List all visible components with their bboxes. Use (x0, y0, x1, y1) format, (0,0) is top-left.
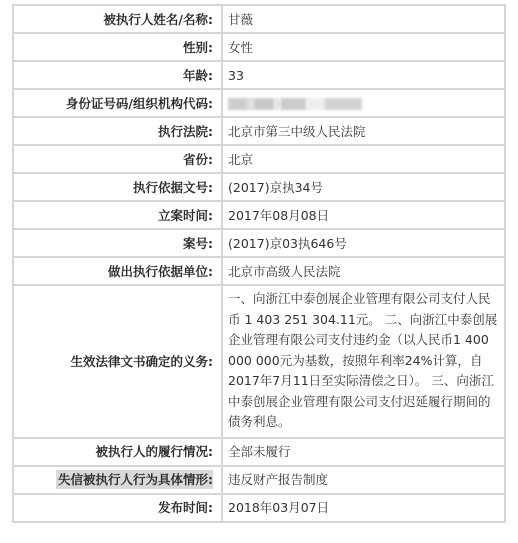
label-dishonest-behavior-cell: 失信被执行人行为具体情形: (13, 466, 222, 494)
row-basis-doc-number: 执行依据文号: (2017)京执34号 (13, 173, 505, 201)
label-obligations: 生效法律文书确定的义务: (13, 285, 222, 438)
label-age: 年龄: (13, 61, 222, 89)
value-basis-doc-number: (2017)京执34号 (222, 173, 505, 201)
row-gender: 性别: 女性 (13, 33, 505, 61)
label-case-number: 案号: (13, 229, 222, 257)
label-province: 省份: (13, 145, 222, 173)
value-name: 甘薇 (222, 5, 505, 33)
label-issuing-unit: 做出执行依据单位: (13, 257, 222, 285)
value-publish-date: 2018年03月07日 (222, 494, 505, 522)
label-name: 被执行人姓名/名称: (13, 5, 222, 33)
row-dishonest-behavior: 失信被执行人行为具体情形: 违反财产报告制度 (13, 466, 505, 494)
value-gender: 女性 (222, 33, 505, 61)
value-id-number (222, 89, 505, 117)
value-performance: 全部未履行 (222, 438, 505, 466)
value-court: 北京市第三中级人民法院 (222, 117, 505, 145)
value-obligations: 一、向浙江中泰创展企业管理有限公司支付人民币 1 403 251 304.11元… (222, 285, 505, 438)
label-performance: 被执行人的履行情况: (13, 438, 222, 466)
label-filing-date: 立案时间: (13, 201, 222, 229)
label-gender: 性别: (13, 33, 222, 61)
value-filing-date: 2017年08月08日 (222, 201, 505, 229)
value-issuing-unit: 北京市高级人民法院 (222, 257, 505, 285)
row-publish-date: 发布时间: 2018年03月07日 (13, 494, 505, 522)
label-dishonest-behavior: 失信被执行人行为具体情形: (56, 470, 213, 489)
row-province: 省份: 北京 (13, 145, 505, 173)
label-court: 执行法院: (13, 117, 222, 145)
value-province: 北京 (222, 145, 505, 173)
row-court: 执行法院: 北京市第三中级人民法院 (13, 117, 505, 145)
label-publish-date: 发布时间: (13, 494, 222, 522)
row-name: 被执行人姓名/名称: 甘薇 (13, 5, 505, 33)
row-case-number: 案号: (2017)京03执646号 (13, 229, 505, 257)
row-age: 年龄: 33 (13, 61, 505, 89)
value-age: 33 (222, 61, 505, 89)
row-filing-date: 立案时间: 2017年08月08日 (13, 201, 505, 229)
row-issuing-unit: 做出执行依据单位: 北京市高级人民法院 (13, 257, 505, 285)
redacted-id-blur (228, 98, 362, 110)
label-basis-doc-number: 执行依据文号: (13, 173, 222, 201)
row-id-number: 身份证号码/组织机构代码: (13, 89, 505, 117)
label-id-number: 身份证号码/组织机构代码: (13, 89, 222, 117)
value-case-number: (2017)京03执646号 (222, 229, 505, 257)
row-obligations: 生效法律文书确定的义务: 一、向浙江中泰创展企业管理有限公司支付人民币 1 40… (13, 285, 505, 438)
row-performance: 被执行人的履行情况: 全部未履行 (13, 438, 505, 466)
dishonest-debtor-record-table: 被执行人姓名/名称: 甘薇 性别: 女性 年龄: 33 身份证号码/组织机构代码… (12, 4, 506, 523)
value-dishonest-behavior: 违反财产报告制度 (222, 466, 505, 494)
